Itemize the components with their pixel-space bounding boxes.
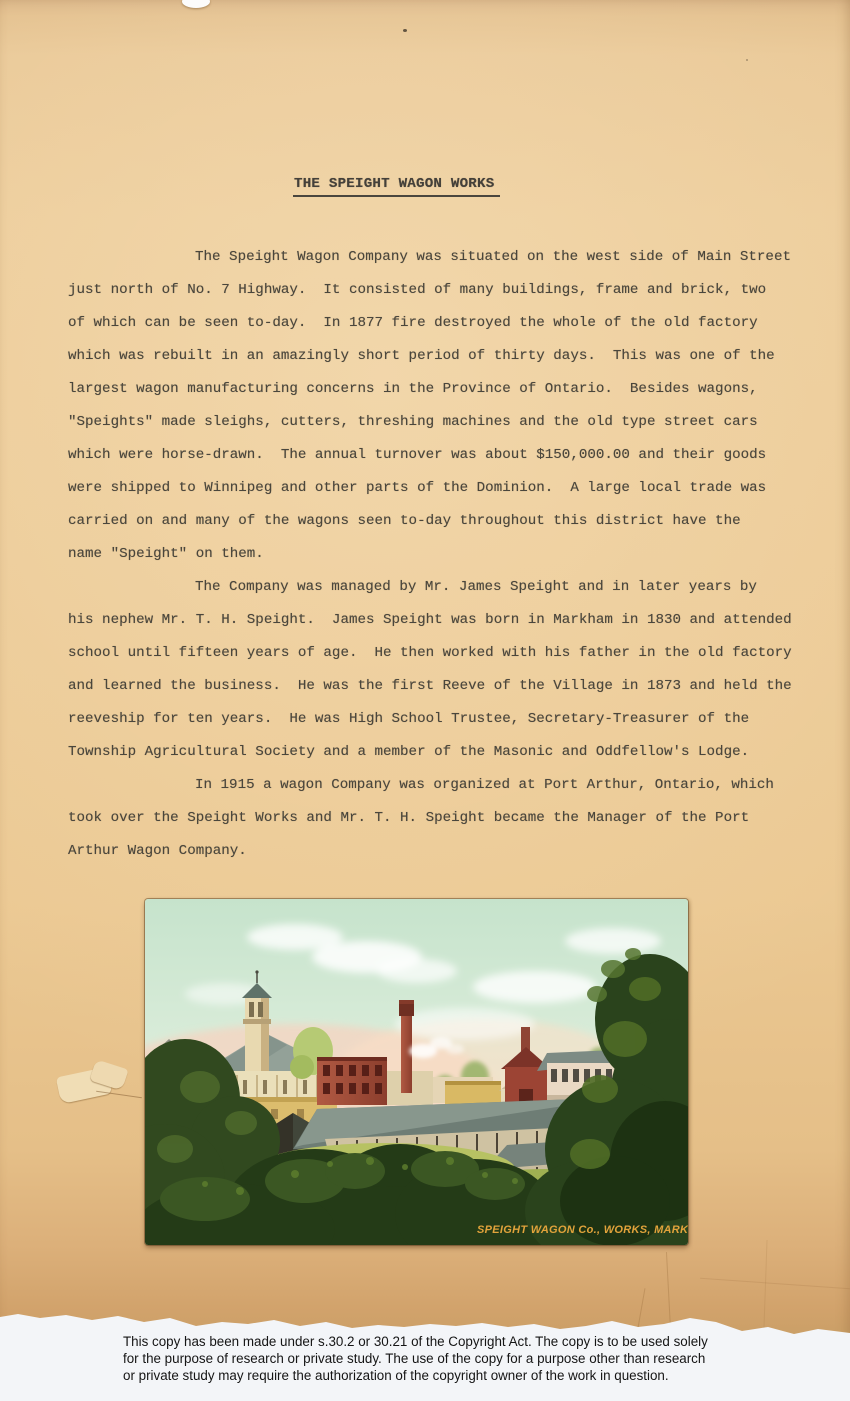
page-title: THE SPEIGHT WAGON WORKS [293,176,500,197]
paper-tear-notch [182,0,210,8]
postcard-scene: SPEIGHT WAGON Co., WORKS, MARKHAM [145,899,688,1245]
copyright-line: for the purpose of research or private s… [123,1350,743,1367]
postcard-caption: SPEIGHT WAGON Co., WORKS, MARKHAM [477,1224,688,1236]
paragraph: In 1915 a wagon Company was organized at… [68,769,803,868]
scan-speck [746,59,748,61]
brick-factory [317,1057,387,1105]
paper-crease [763,1240,767,1328]
copyright-line: This copy has been made under s.30.2 or … [123,1333,743,1350]
factory-chimney [399,1000,414,1093]
paragraph: The Speight Wagon Company was situated o… [68,241,803,571]
copyright-line: or private study may require the authori… [123,1367,743,1384]
paragraph: The Company was managed by Mr. James Spe… [68,571,803,769]
paper-crease [638,1288,646,1328]
body-text: The Speight Wagon Company was situated o… [68,241,803,868]
copyright-text: This copy has been made under s.30.2 or … [123,1333,743,1385]
scanned-paper-sheet: THE SPEIGHT WAGON WORKS The Speight Wago… [0,0,850,1340]
paper-crease [666,1252,671,1330]
paper-crease [700,1278,850,1289]
postcard-photo: SPEIGHT WAGON Co., WORKS, MARKHAM [145,899,688,1245]
scan-speck [403,29,407,32]
